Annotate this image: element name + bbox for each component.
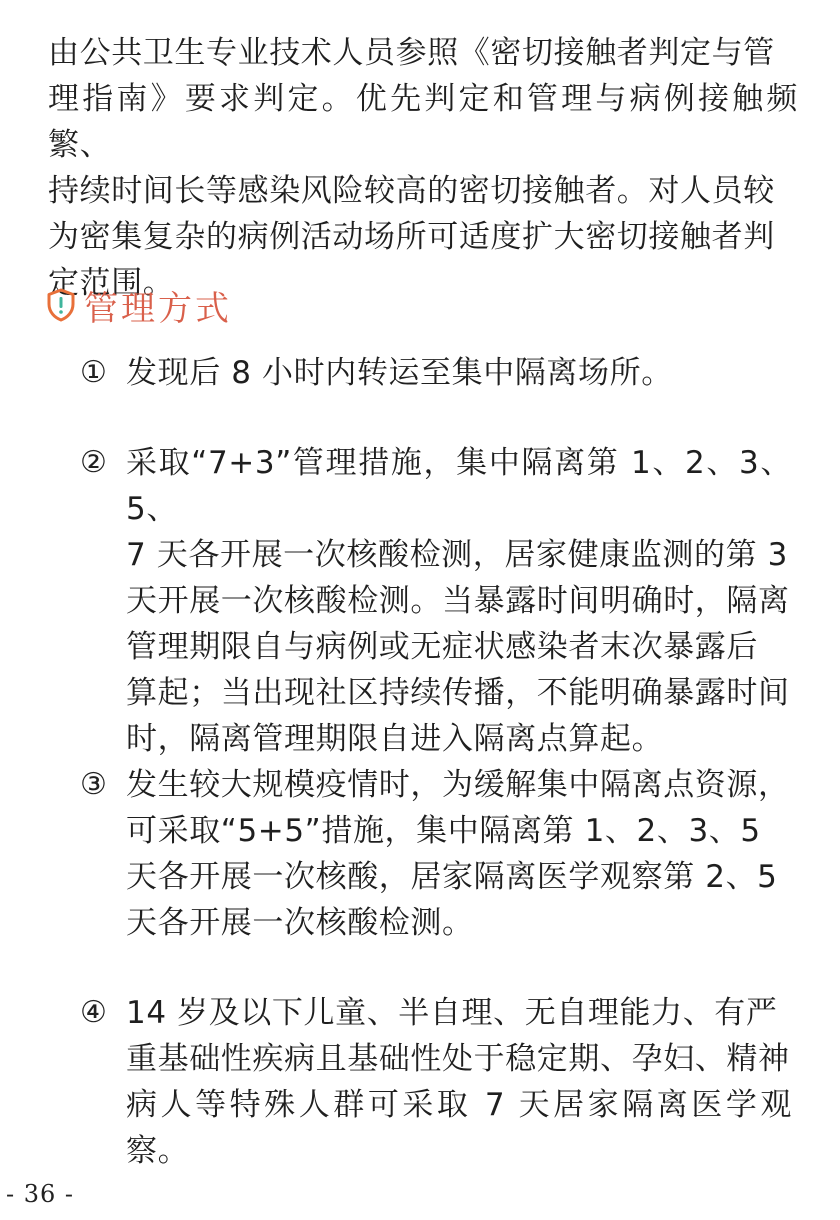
item-text: 采取“7+3”管理措施，集中隔离第 1、2、3、5、 7 天各开展一次核酸检测，… <box>126 440 792 762</box>
list-item: ① 发现后 8 小时内转运至集中隔离场所。 <box>80 350 792 396</box>
item-line: 发现后 8 小时内转运至集中隔离场所。 <box>126 350 792 396</box>
item-line: 天各开展一次核酸检测。 <box>126 900 792 946</box>
page-number: - 36 - <box>6 1180 74 1208</box>
item-line: 采取“7+3”管理措施，集中隔离第 1、2、3、5、 <box>126 440 792 532</box>
item-number: ③ <box>80 762 126 946</box>
item-text: 发现后 8 小时内转运至集中隔离场所。 <box>126 350 792 396</box>
item-line: 发生较大规模疫情时，为缓解集中隔离点资源， <box>126 762 792 808</box>
item-line: 管理期限自与病例或无症状感染者末次暴露后 <box>126 624 792 670</box>
intro-paragraph: 由公共卫生专业技术人员参照《密切接触者判定与管 理指南》要求判定。优先判定和管理… <box>48 30 798 306</box>
item-number: ④ <box>80 990 126 1174</box>
item-line: 时，隔离管理期限自进入隔离点算起。 <box>126 716 792 762</box>
item-text: 发生较大规模疫情时，为缓解集中隔离点资源， 可采取“5+5”措施，集中隔离第 1… <box>126 762 792 946</box>
intro-line: 理指南》要求判定。优先判定和管理与病例接触频繁、 <box>48 76 798 168</box>
item-line: 可采取“5+5”措施，集中隔离第 1、2、3、5 <box>126 808 792 854</box>
section-heading: 管理方式 <box>46 280 232 330</box>
item-line: 天各开展一次核酸，居家隔离医学观察第 2、5 <box>126 854 792 900</box>
item-number: ① <box>80 350 126 396</box>
item-number: ② <box>80 440 126 762</box>
list-item: ④ 14 岁及以下儿童、半自理、无自理能力、有严 重基础性疾病且基础性处于稳定期… <box>80 990 792 1174</box>
intro-line: 为密集复杂的病例活动场所可适度扩大密切接触者判 <box>48 214 798 260</box>
shield-alert-icon <box>46 288 76 322</box>
section-title: 管理方式 <box>84 281 232 330</box>
list-item: ③ 发生较大规模疫情时，为缓解集中隔离点资源， 可采取“5+5”措施，集中隔离第… <box>80 762 792 946</box>
item-line: 病人等特殊人群可采取 7 天居家隔离医学观察。 <box>126 1082 792 1174</box>
item-line: 重基础性疾病且基础性处于稳定期、孕妇、精神 <box>126 1036 792 1082</box>
item-text: 14 岁及以下儿童、半自理、无自理能力、有严 重基础性疾病且基础性处于稳定期、孕… <box>126 990 792 1174</box>
item-line: 算起；当出现社区持续传播，不能明确暴露时间 <box>126 670 792 716</box>
item-line: 7 天各开展一次核酸检测，居家健康监测的第 3 <box>126 532 792 578</box>
intro-line: 由公共卫生专业技术人员参照《密切接触者判定与管 <box>48 30 798 76</box>
item-line: 14 岁及以下儿童、半自理、无自理能力、有严 <box>126 990 792 1036</box>
list-item: ② 采取“7+3”管理措施，集中隔离第 1、2、3、5、 7 天各开展一次核酸检… <box>80 440 792 762</box>
intro-line: 持续时间长等感染风险较高的密切接触者。对人员较 <box>48 168 798 214</box>
item-line: 天开展一次核酸检测。当暴露时间明确时，隔离 <box>126 578 792 624</box>
